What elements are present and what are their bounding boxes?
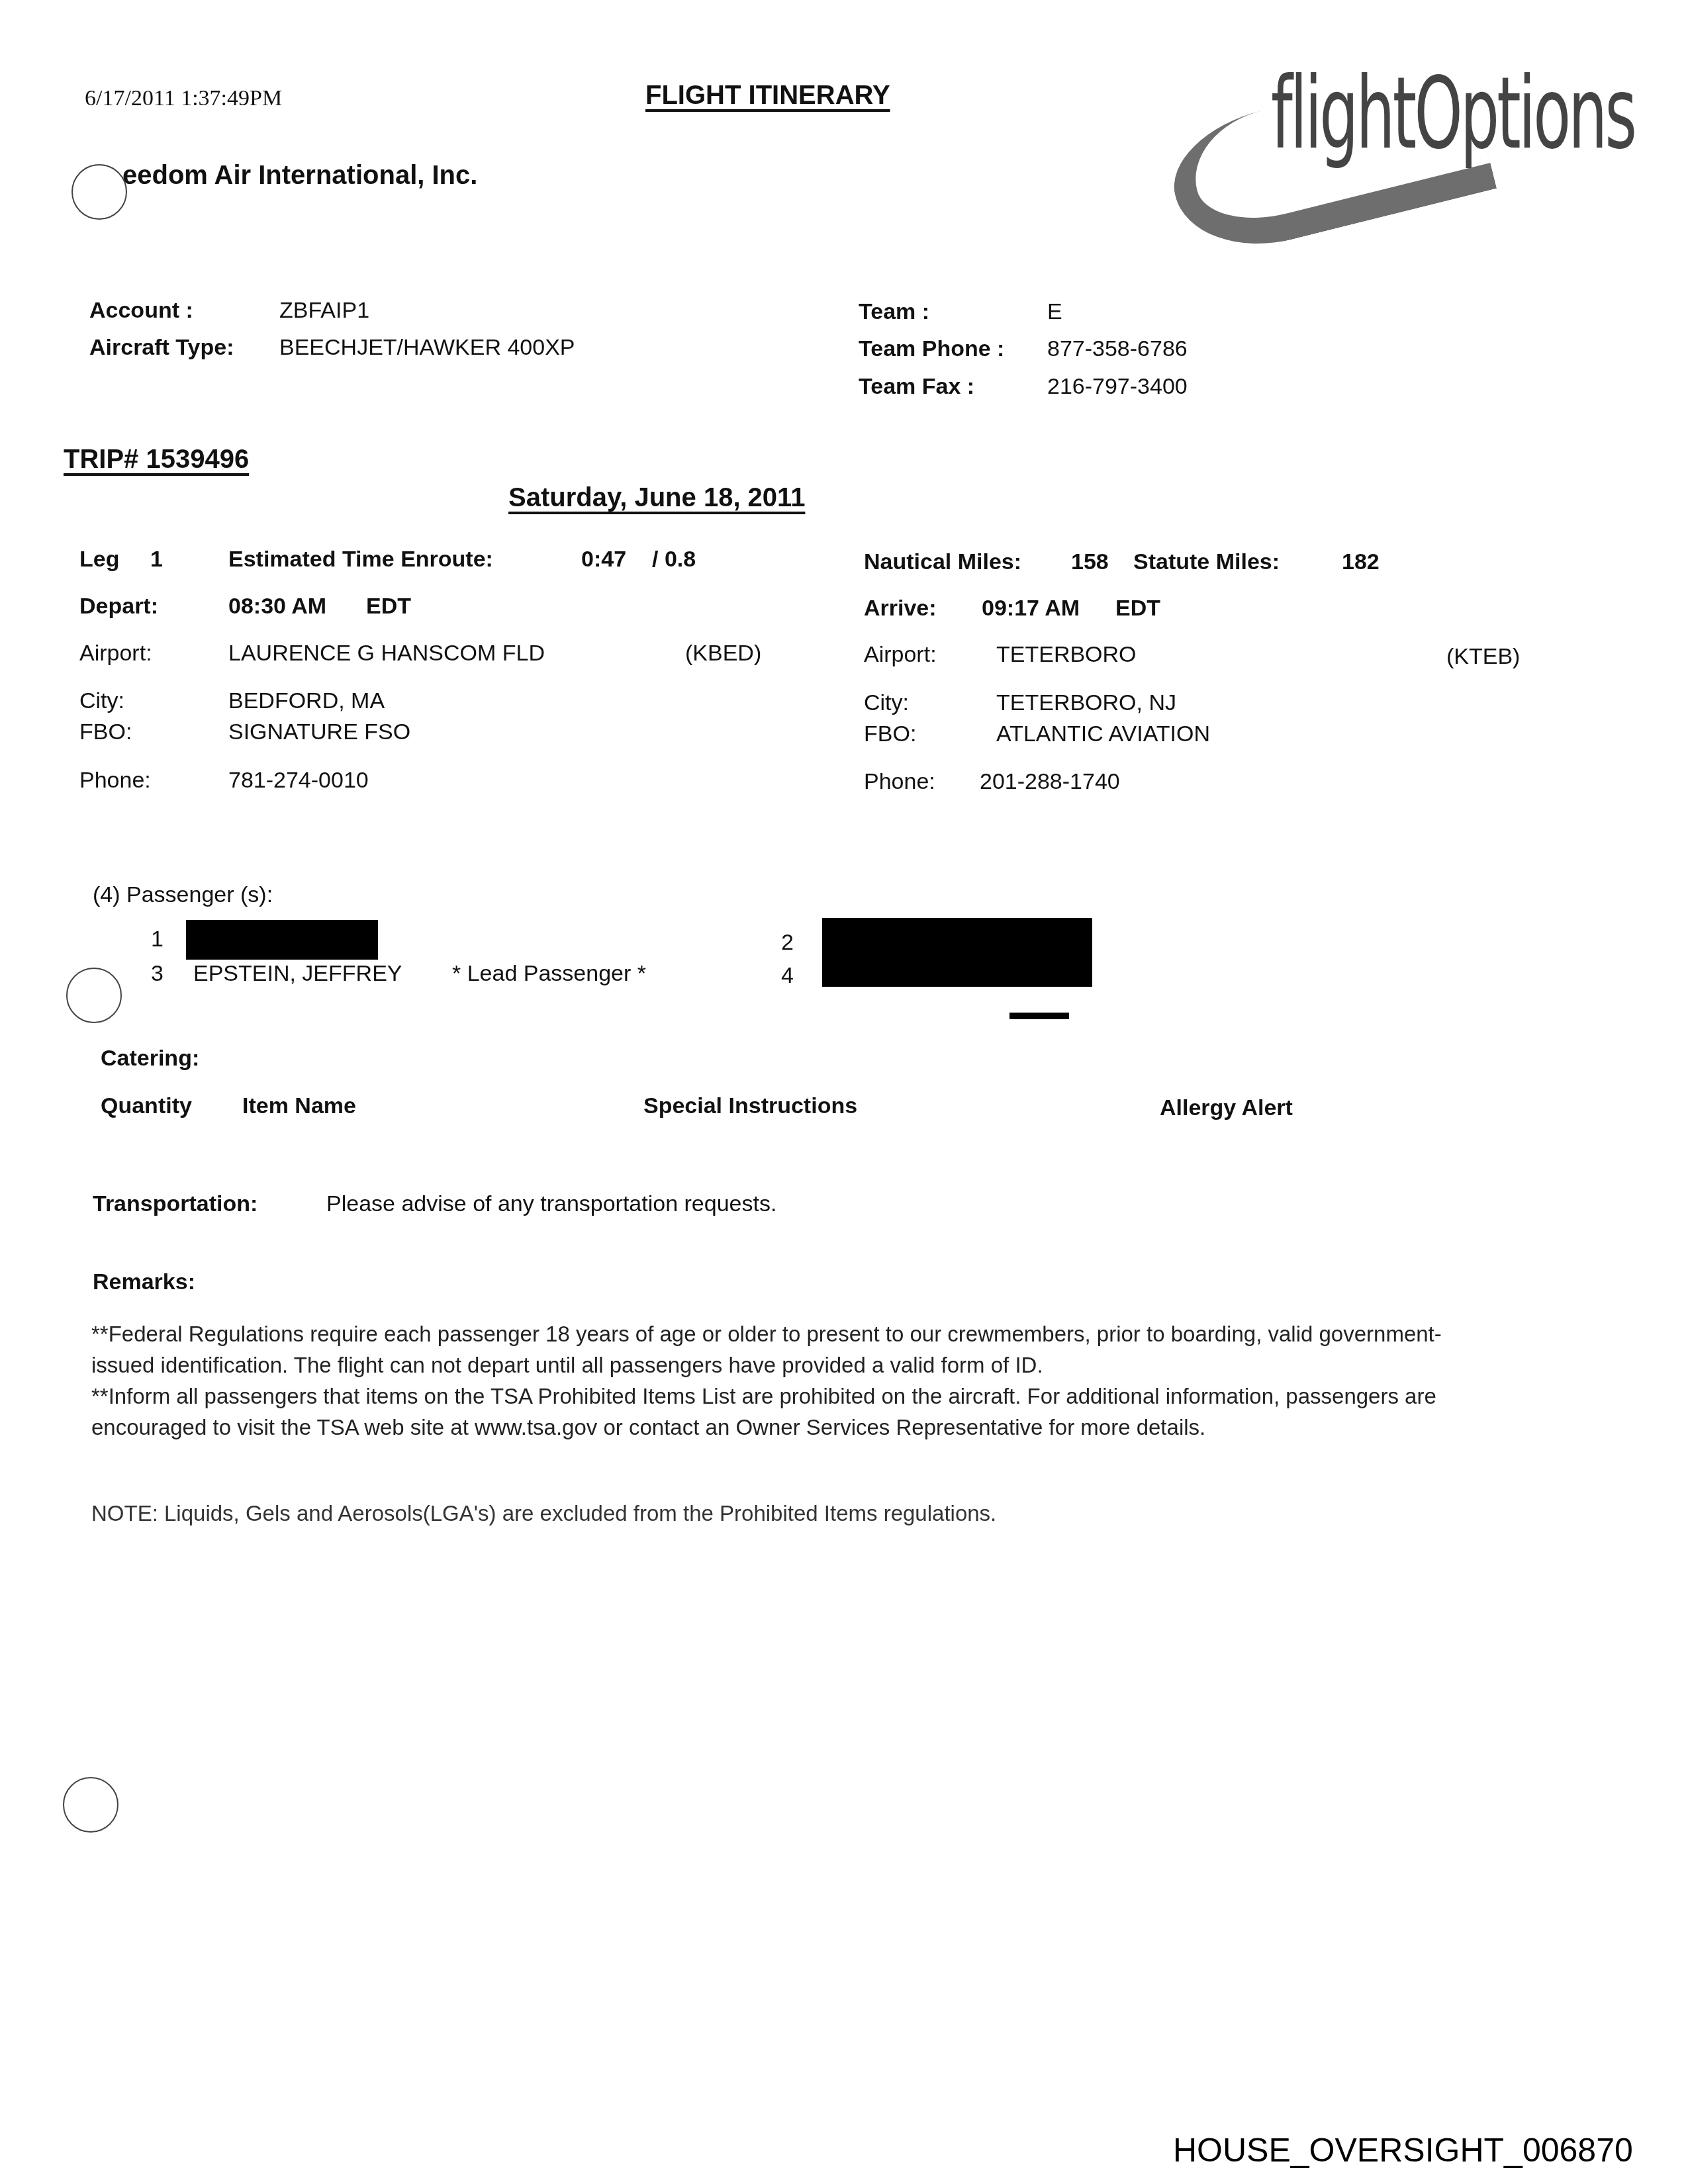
- transportation-value: Please advise of any transportation requ…: [326, 1191, 776, 1217]
- ete-value: 0:47: [581, 547, 626, 572]
- leg-number: 1: [150, 547, 163, 572]
- arrive-city: TETERBORO, NJ: [996, 690, 1176, 716]
- catering-col-allergy-alert: Allergy Alert: [1160, 1095, 1293, 1121]
- statute-miles-label: Statute Miles:: [1133, 549, 1280, 575]
- statute-miles-value: 182: [1342, 549, 1380, 575]
- remarks-lga-note: NOTE: Liquids, Gels and Aerosols(LGA's) …: [91, 1501, 996, 1526]
- company-name: eedom Air International, Inc.: [122, 161, 477, 191]
- passenger-number: 3: [151, 961, 164, 987]
- catering-heading: Catering:: [101, 1046, 199, 1071]
- arrive-fbo-label: FBO:: [864, 721, 916, 747]
- account-label: Account :: [89, 298, 193, 324]
- passenger-heading: (4) Passenger (s):: [93, 882, 273, 908]
- depart-time: 08:30 AM: [228, 594, 326, 619]
- depart-airport-label: Airport:: [79, 641, 152, 666]
- passenger-number: 1: [151, 927, 164, 952]
- passenger-number: 4: [781, 963, 794, 989]
- redaction-mark: [1009, 1013, 1069, 1019]
- trip-number: TRIP# 1539496: [64, 445, 249, 475]
- catering-col-special-instructions: Special Instructions: [643, 1093, 857, 1119]
- hole-punch-icon: [71, 164, 127, 220]
- redaction-bar: [186, 920, 378, 960]
- nautical-miles-value: 158: [1071, 549, 1109, 575]
- depart-phone: 781-274-0010: [228, 768, 369, 794]
- team-phone-label: Team Phone :: [859, 336, 1004, 362]
- page-title: FLIGHT ITINERARY: [645, 81, 890, 111]
- passenger-name: EPSTEIN, JEFFREY: [193, 961, 402, 987]
- depart-phone-label: Phone:: [79, 768, 151, 794]
- lead-passenger-badge: * Lead Passenger *: [452, 961, 646, 987]
- trip-date: Saturday, June 18, 2011: [508, 483, 805, 513]
- depart-fbo-label: FBO:: [79, 719, 132, 745]
- account-value: ZBFAIP1: [279, 298, 369, 324]
- team-phone-value: 877-358-6786: [1047, 336, 1188, 362]
- arrive-airport-code: (KTEB): [1446, 644, 1520, 670]
- remarks-tsa-notice: **Inform all passengers that items on th…: [91, 1381, 1468, 1443]
- ete-label: Estimated Time Enroute:: [228, 547, 493, 572]
- logo-wordmark: flightOptions: [1271, 56, 1634, 171]
- team-value: E: [1047, 299, 1062, 325]
- flightoptions-logo: flightOptions: [1172, 56, 1582, 228]
- depart-airport: LAURENCE G HANSCOM FLD: [228, 641, 545, 666]
- depart-timezone: EDT: [366, 594, 411, 619]
- catering-col-quantity: Quantity: [101, 1093, 192, 1119]
- transportation-label: Transportation:: [93, 1191, 258, 1217]
- catering-col-item-name: Item Name: [242, 1093, 356, 1119]
- team-label: Team :: [859, 299, 929, 325]
- aircraft-type-value: BEECHJET/HAWKER 400XP: [279, 335, 575, 361]
- depart-fbo: SIGNATURE FSO: [228, 719, 410, 745]
- print-timestamp: 6/17/2011 1:37:49PM: [85, 86, 282, 111]
- ete-decimal: / 0.8: [652, 547, 696, 572]
- depart-label: Depart:: [79, 594, 158, 619]
- arrive-fbo: ATLANTIC AVIATION: [996, 721, 1210, 747]
- depart-airport-code: (KBED): [685, 641, 761, 666]
- arrive-timezone: EDT: [1115, 596, 1160, 621]
- arrive-label: Arrive:: [864, 596, 937, 621]
- hole-punch-icon: [66, 968, 122, 1023]
- team-fax-label: Team Fax :: [859, 374, 974, 400]
- remarks-id-requirement: **Federal Regulations require each passe…: [91, 1318, 1468, 1381]
- depart-city-label: City:: [79, 688, 124, 714]
- depart-city: BEDFORD, MA: [228, 688, 385, 714]
- team-fax-value: 216-797-3400: [1047, 374, 1188, 400]
- nautical-miles-label: Nautical Miles:: [864, 549, 1021, 575]
- arrive-airport: TETERBORO: [996, 642, 1137, 668]
- aircraft-type-label: Aircraft Type:: [89, 335, 234, 361]
- arrive-phone: 201-288-1740: [980, 769, 1120, 795]
- remarks-heading: Remarks:: [93, 1269, 195, 1295]
- hole-punch-icon: [63, 1777, 118, 1833]
- arrive-airport-label: Airport:: [864, 642, 937, 668]
- passenger-number: 2: [781, 930, 794, 956]
- arrive-phone-label: Phone:: [864, 769, 935, 795]
- leg-label: Leg: [79, 547, 119, 572]
- arrive-city-label: City:: [864, 690, 909, 716]
- arrive-time: 09:17 AM: [982, 596, 1080, 621]
- bates-number: HOUSE_OVERSIGHT_006870: [1173, 2131, 1633, 2169]
- redaction-bar: [822, 918, 1092, 987]
